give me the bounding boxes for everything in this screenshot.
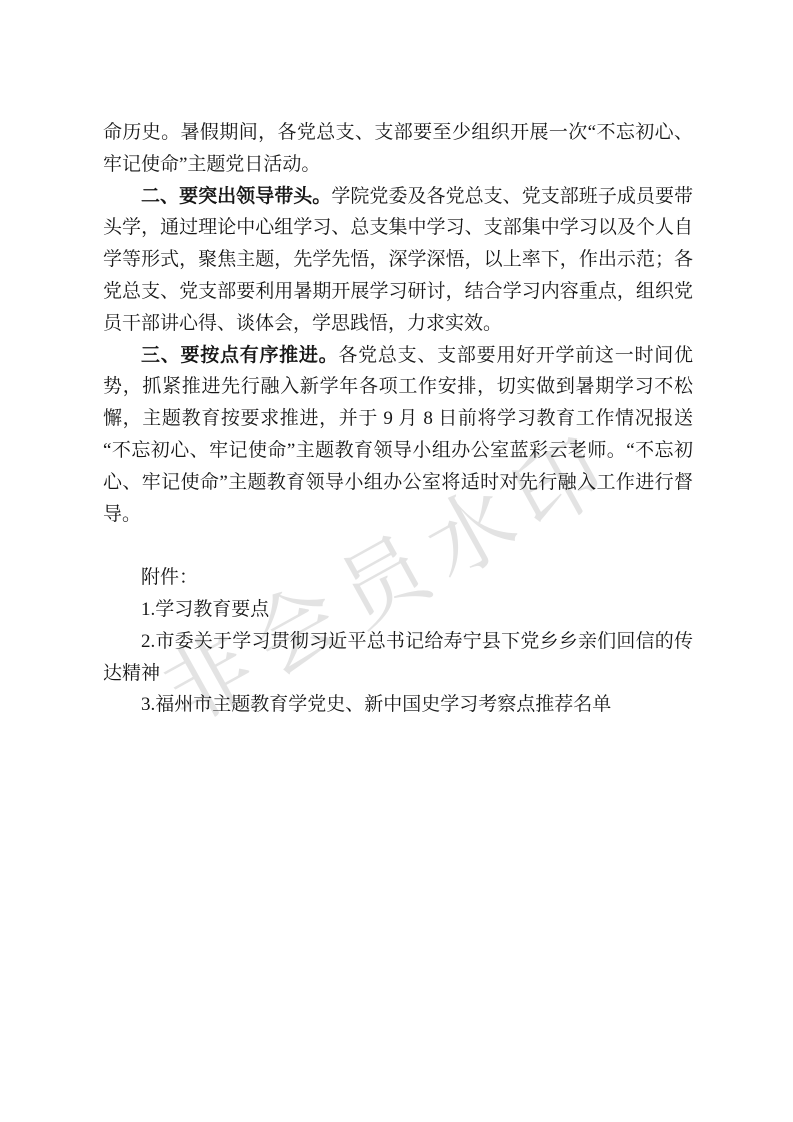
body-paragraph: 命历史。暑假期间，各党总支、支部要至少组织开展一次“不忘初心、牢记使命”主题党日… (103, 117, 693, 181)
body-text-run: 命历史。暑假期间，各党总支、支部要至少组织开展一次“不忘初心、牢记使命”主题党日… (103, 122, 693, 175)
attachments-list: 1.学习教育要点2.市委关于学习贯彻习近平总书记给寿宁县下党乡乡亲们回信的传达精… (103, 594, 693, 721)
body-paragraph: 三、要按点有序推进。各党总支、支部要用好开学前这一时间优势，抓紧推进先行融入新学… (103, 340, 693, 531)
document-body: 命历史。暑假期间，各党总支、支部要至少组织开展一次“不忘初心、牢记使命”主题党日… (103, 117, 693, 721)
body-paragraph: 二、要突出领导带头。学院党委及各党总支、党支部班子成员要带头学，通过理论中心组学… (103, 181, 693, 340)
body-text-run: 学院党委及各党总支、党支部班子成员要带头学，通过理论中心组学习、总支集中学习、支… (103, 186, 693, 334)
paragraphs-container: 命历史。暑假期间，各党总支、支部要至少组织开展一次“不忘初心、牢记使命”主题党日… (103, 117, 693, 530)
document-page: 非会员水印 命历史。暑假期间，各党总支、支部要至少组织开展一次“不忘初心、牢记使… (0, 0, 793, 1122)
section-heading-run: 二、要突出领导带头。 (141, 186, 331, 207)
section-heading-run: 三、要按点有序推进。 (141, 345, 338, 366)
attachment-item: 1.学习教育要点 (103, 594, 693, 626)
attachment-item: 3.福州市主题教育学党史、新中国史学习考察点推荐名单 (103, 689, 693, 721)
body-text-run: 各党总支、支部要用好开学前这一时间优势，抓紧推进先行融入新学年各项工作安排，切实… (103, 345, 693, 525)
attachments-label: 附件： (103, 562, 693, 594)
attachment-item: 2.市委关于学习贯彻习近平总书记给寿宁县下党乡乡亲们回信的传达精神 (103, 626, 693, 690)
attachments-section: 附件： 1.学习教育要点2.市委关于学习贯彻习近平总书记给寿宁县下党乡乡亲们回信… (103, 562, 693, 721)
